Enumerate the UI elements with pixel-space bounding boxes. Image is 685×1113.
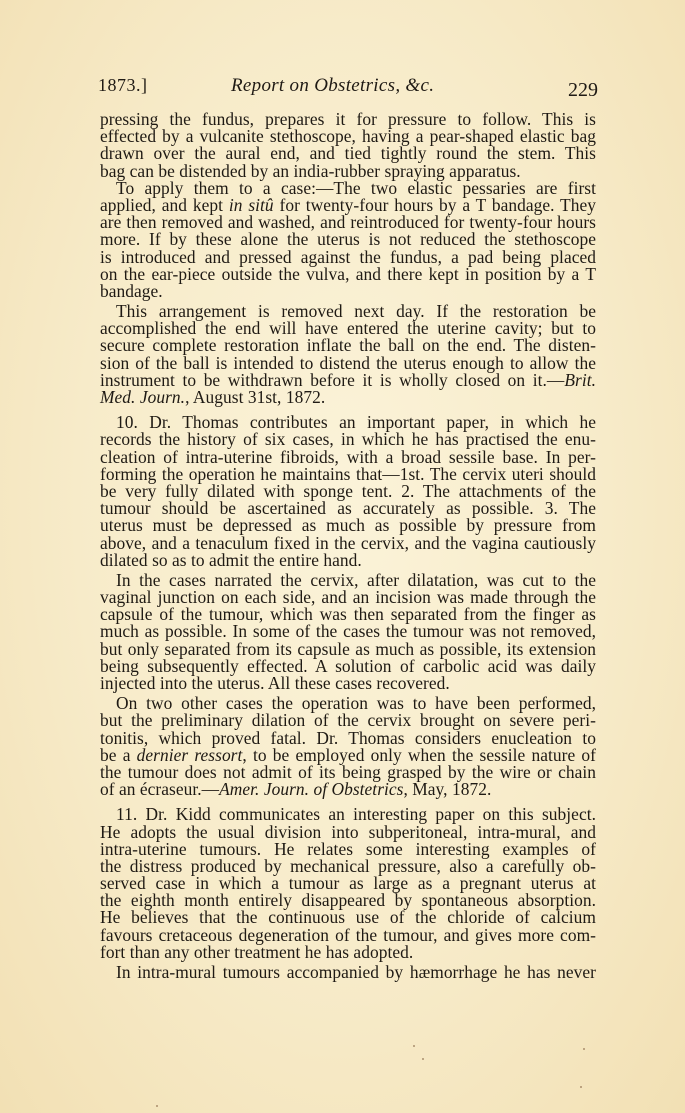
page-header: 1873.] Report on Obstetrics, &c. 229	[98, 73, 598, 103]
page-number: 229	[568, 79, 598, 102]
paper-fleck	[413, 1045, 415, 1047]
italic-phrase: Amer. Journ. of Obstetrics	[219, 779, 403, 799]
paper-fleck	[580, 1086, 582, 1088]
scanned-page: 1873.] Report on Obstetrics, &c. 229 pre…	[0, 0, 685, 1113]
paragraph-item-11: 11. Dr. Kidd communicates an interesting…	[100, 806, 596, 961]
header-year: 1873.]	[98, 75, 148, 96]
text-line: drawn over the aural end, and tied tight…	[100, 145, 596, 162]
text-line: bandage.	[100, 283, 596, 300]
paper-fleck	[583, 1048, 585, 1050]
running-title: Report on Obstetrics, &c.	[231, 75, 434, 97]
italic-phrase: Med. Journ.	[100, 387, 185, 407]
text-line: injected into the uterus. All these case…	[100, 675, 596, 692]
text-line: of an écraseur.—Amer. Journ. of Obstetri…	[100, 781, 596, 798]
text-line: but the preliminary dilation of the cerv…	[100, 712, 596, 729]
text-line: uterus must be depressed as much as poss…	[100, 517, 596, 534]
text-line: dilated so as to admit the entire hand.	[100, 552, 596, 569]
paragraph: pressing the fundus, prepares it for pre…	[100, 111, 596, 180]
paragraph: In the cases narrated the cervix, after …	[100, 572, 596, 692]
paper-fleck	[156, 1105, 158, 1107]
paper-fleck	[422, 1058, 424, 1060]
text-line: 11. Dr. Kidd communicates an interesting…	[100, 806, 596, 823]
text-line: more. If by these alone the uterus is no…	[100, 231, 596, 248]
paragraph: In intra-mural tumours accompanied by hæ…	[100, 964, 596, 981]
paragraph: This arrangement is removed next day. If…	[100, 303, 596, 406]
paragraph-item-10: 10. Dr. Thomas contributes an important …	[100, 414, 596, 569]
italic-phrase: Brit.	[564, 370, 596, 390]
text-line: fort than any other treatment he has ado…	[100, 944, 596, 961]
text-line: on the ear-piece outside the vulva, and …	[100, 266, 596, 283]
text-line: In intra-mural tumours accompanied by hæ…	[100, 964, 596, 981]
paragraph: On two other cases the operation was to …	[100, 695, 596, 798]
body-text: pressing the fundus, prepares it for pre…	[100, 111, 596, 981]
text-line: records the history of six cases, in whi…	[100, 431, 596, 448]
paragraph: To apply them to a case:—The two elastic…	[100, 180, 596, 300]
text-line: Med. Journ., August 31st, 1872.	[100, 389, 596, 406]
